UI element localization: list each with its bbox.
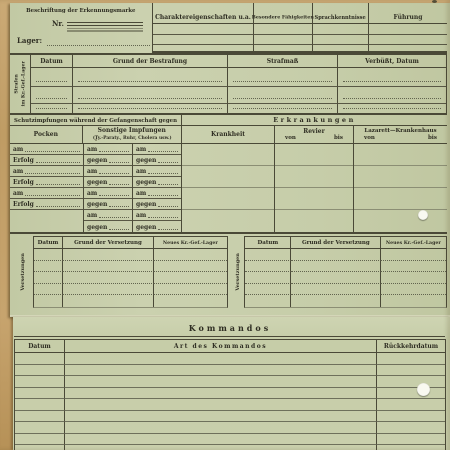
blank-cell xyxy=(369,45,447,51)
von-label: von xyxy=(285,135,296,142)
impf-cell: am xyxy=(133,144,181,155)
revier-column xyxy=(274,144,353,232)
impfungen-body: amamam Erfolggegengegen amamam Erfolggeg… xyxy=(10,144,181,232)
bis-label: bis xyxy=(428,135,437,142)
impf-cell: Erfolg xyxy=(10,177,84,188)
blank-cell xyxy=(153,24,254,35)
blank-row xyxy=(275,210,353,232)
blank-cell xyxy=(15,411,65,423)
blank-cell xyxy=(34,272,63,284)
traits-header-text: Besondere Fähigkeiten xyxy=(252,15,314,21)
traits-table: Charaktereigenschaften u.a. Besondere Fä… xyxy=(152,3,447,53)
blank-cell xyxy=(228,68,338,87)
blank-row xyxy=(182,144,274,166)
erk-col-revier: Revier vonbis xyxy=(274,126,353,143)
vers-header-lager: Neues Kr.-Gef.-Lager xyxy=(154,237,227,248)
impf-cell xyxy=(10,210,84,221)
revier-label: Revier xyxy=(303,128,325,135)
impf-cell: gegen xyxy=(84,177,133,188)
lazarett-column xyxy=(353,144,447,232)
blank-cell xyxy=(15,376,65,388)
impf-cell xyxy=(10,221,84,232)
blank-cell xyxy=(377,422,445,434)
blank-cell xyxy=(254,24,313,35)
blank-cell xyxy=(381,295,446,307)
impf-cell: Erfolg xyxy=(10,155,84,166)
blank-cell xyxy=(63,284,154,296)
versetzungen-side-label: Versetzungen xyxy=(13,236,33,308)
blank-cell xyxy=(254,45,313,51)
blank-cell xyxy=(245,295,291,307)
blank-cell xyxy=(313,35,369,45)
blank-cell xyxy=(65,411,377,423)
erk-col-lazarett: Lazarett—Krankenhaus vonbis xyxy=(353,126,447,143)
blank-row xyxy=(275,166,353,188)
blank-cell xyxy=(65,388,377,400)
lazarett-label: Lazarett—Krankenhaus xyxy=(364,128,436,135)
impfungen-title-text: Schutzimpfungen während der Gefangenscha… xyxy=(14,117,177,123)
strafen-side-label-text: Strafen im Kr.-Gef.-Lager xyxy=(13,61,27,106)
impf-cell: am xyxy=(84,144,133,155)
traits-header-charakter: Charaktereigenschaften u.a. xyxy=(153,3,254,24)
blank-cell xyxy=(228,87,338,104)
impfungen-title: Schutzimpfungen während der Gefangenscha… xyxy=(10,115,181,126)
blank-cell xyxy=(377,399,445,411)
blank-cell xyxy=(15,388,65,400)
impf-cell: am xyxy=(84,166,133,177)
blank-cell xyxy=(153,35,254,45)
blank-cell xyxy=(338,68,446,87)
blank-cell xyxy=(34,295,63,307)
blank-cell xyxy=(291,249,381,261)
impfungen-col-sonstige: Sonstige Impfungen (Ty.-Paraty., Ruhr, C… xyxy=(83,126,181,143)
blank-cell xyxy=(254,35,313,45)
vers-header-datum: Datum xyxy=(245,237,291,248)
strafen-section: Strafen im Kr.-Gef.-Lager Datum Grund de… xyxy=(10,53,447,115)
impf-cell: gegen xyxy=(84,221,133,232)
strafen-header-datum: Datum xyxy=(31,55,73,68)
traits-header-fuehrung: Führung xyxy=(369,3,447,24)
blank-row xyxy=(354,188,447,210)
von-label: von xyxy=(364,135,375,142)
strafen-header-strafmass: Strafmaß xyxy=(228,55,338,68)
punch-hole xyxy=(417,383,430,396)
strafen-table: Datum Grund der Bestrafung Strafmaß Verb… xyxy=(30,55,447,113)
impf-cell: gegen xyxy=(133,199,181,210)
blank-cell xyxy=(377,353,445,365)
impf-cell: am xyxy=(10,166,84,177)
lazarett-vonbis: vonbis xyxy=(354,135,447,142)
vers-header-grund: Grund der Versetzung xyxy=(291,237,381,248)
blank-cell xyxy=(73,68,228,87)
kommandos-header-datum: Datum xyxy=(15,340,65,352)
impf-cell: gegen xyxy=(133,221,181,232)
blank-cell xyxy=(381,272,446,284)
scanned-pow-card: Beschriftung der Erkennungsmarke Nr. Lag… xyxy=(0,0,450,450)
lager-blank-line xyxy=(47,37,150,46)
blank-cell xyxy=(65,445,377,450)
blank-cell xyxy=(245,284,291,296)
blank-cell xyxy=(15,445,65,450)
blank-cell xyxy=(381,284,446,296)
blank-row xyxy=(275,144,353,166)
erkrankungen-header: Krankheit Revier vonbis Lazarett—Kranken… xyxy=(182,126,447,144)
blank-cell xyxy=(245,249,291,261)
blank-cell xyxy=(65,399,377,411)
blank-cell xyxy=(15,399,65,411)
medical-tables: Schutzimpfungen während der Gefangenscha… xyxy=(10,115,447,234)
punch-hole xyxy=(418,210,428,220)
id-section-title-text: Beschriftung der Erkennungsmarke xyxy=(26,7,135,13)
impf-cell: am xyxy=(84,188,133,199)
blank-cell xyxy=(73,104,228,113)
blank-cell xyxy=(338,87,446,104)
blank-row xyxy=(182,166,274,188)
versetzungen-body xyxy=(245,249,446,307)
versetzungen-side-label-text: Versetzungen xyxy=(20,253,25,291)
krankheit-column xyxy=(182,144,274,232)
blank-cell xyxy=(73,87,228,104)
nr-label: Nr. xyxy=(52,19,64,28)
erkrankungen-table: Erkrankungen Krankheit Revier vonbis Laz… xyxy=(182,115,447,232)
impf-cell: gegen xyxy=(133,155,181,166)
blank-cell xyxy=(381,249,446,261)
erkrankungen-title: Erkrankungen xyxy=(182,115,447,126)
revier-vonbis: vonbis xyxy=(275,135,353,142)
strafen-header-grund: Grund der Bestrafung xyxy=(73,55,228,68)
double-rule xyxy=(14,336,445,337)
blank-cell xyxy=(291,295,381,307)
vers-header-lager-text: Neues Kr.-Gef.-Lager xyxy=(386,240,441,245)
blank-row xyxy=(182,210,274,232)
kommandos-header-art: Art des Kommandos xyxy=(65,340,377,352)
strafen-side-label: Strafen im Kr.-Gef.-Lager xyxy=(10,55,30,113)
blank-cell xyxy=(15,434,65,446)
blank-row xyxy=(182,188,274,210)
versetzungen-table: Datum Grund der Versetzung Neues Kr.-Gef… xyxy=(33,236,228,308)
blank-cell xyxy=(377,365,445,377)
versetzungen-table-right: Versetzungen Datum Grund der Versetzung … xyxy=(232,236,447,308)
versetzungen-body xyxy=(34,249,227,307)
blank-cell xyxy=(377,376,445,388)
traits-header-faehigkeiten: Besondere Fähigkeiten xyxy=(254,3,313,24)
strafen-header-verbuesst: Verbüßt, Datum xyxy=(338,55,446,68)
blank-cell xyxy=(65,376,377,388)
blank-cell xyxy=(154,261,227,273)
blank-cell xyxy=(34,261,63,273)
kommandos-title: Kommandos xyxy=(13,323,447,333)
traits-header-text: Sprachkenntnisse xyxy=(315,15,366,21)
blank-cell xyxy=(377,411,445,423)
impfungen-col-pocken: Pocken xyxy=(10,126,83,143)
blank-cell xyxy=(31,87,73,104)
impf-cell: am xyxy=(10,144,84,155)
impf-cell: am xyxy=(133,188,181,199)
vers-header-grund: Grund der Versetzung xyxy=(63,237,154,248)
blank-cell xyxy=(291,261,381,273)
blank-cell xyxy=(63,272,154,284)
bis-label: bis xyxy=(334,135,343,142)
impfungen-subheader: Pocken Sonstige Impfungen (Ty.-Paraty., … xyxy=(10,126,181,144)
blank-cell xyxy=(34,284,63,296)
blank-cell xyxy=(34,249,63,261)
blank-cell xyxy=(65,422,377,434)
vers-header-datum: Datum xyxy=(34,237,63,248)
impf-cell: gegen xyxy=(133,177,181,188)
blank-cell xyxy=(245,261,291,273)
blank-cell xyxy=(65,353,377,365)
blank-row xyxy=(354,210,447,232)
traits-header-text: Charaktereigenschaften u.a. xyxy=(155,14,251,21)
paper-speck xyxy=(432,0,437,3)
blank-cell xyxy=(63,261,154,273)
blank-cell xyxy=(15,422,65,434)
blank-cell xyxy=(154,284,227,296)
sonstige-label: Sonstige Impfungen xyxy=(98,128,166,135)
nr-blank-lines xyxy=(67,22,143,33)
paper-speck xyxy=(95,139,97,141)
versetzungen-side-label-text: Versetzungen xyxy=(235,253,240,291)
kommandos-table: Datum Art des Kommandos Rückkehrdatum xyxy=(14,339,446,450)
blank-cell xyxy=(153,45,254,51)
blank-cell xyxy=(291,272,381,284)
blank-row xyxy=(354,144,447,166)
traits-header-text: Führung xyxy=(394,14,423,21)
blank-cell xyxy=(313,24,369,35)
versetzungen-table: Datum Grund der Versetzung Neues Kr.-Gef… xyxy=(244,236,447,308)
id-section-title: Beschriftung der Erkennungsmarke xyxy=(10,7,152,14)
blank-cell xyxy=(15,353,65,365)
blank-cell xyxy=(15,365,65,377)
impf-cell: gegen xyxy=(84,199,133,210)
blank-cell xyxy=(228,104,338,113)
blank-row xyxy=(354,166,447,188)
blank-cell xyxy=(377,434,445,446)
impf-cell: am xyxy=(84,210,133,221)
blank-row xyxy=(275,188,353,210)
impf-cell: am xyxy=(133,210,181,221)
personalkarte-back: Beschriftung der Erkennungsmarke Nr. Lag… xyxy=(10,3,450,317)
blank-cell xyxy=(245,272,291,284)
blank-cell xyxy=(291,284,381,296)
vers-header-lager-text: Neues Kr.-Gef.-Lager xyxy=(163,240,218,245)
impf-cell: am xyxy=(10,188,84,199)
blank-cell xyxy=(65,434,377,446)
kommandos-card: Kommandos Datum Art des Kommandos Rückke… xyxy=(13,317,450,450)
blank-cell xyxy=(154,249,227,261)
kommandos-header: Datum Art des Kommandos Rückkehrdatum xyxy=(15,340,445,353)
impf-cell: am xyxy=(133,166,181,177)
versetzungen-table-left: Versetzungen Datum Grund der Versetzung … xyxy=(13,236,228,308)
impf-cell: Erfolg xyxy=(10,199,84,210)
versetzungen-header: Datum Grund der Versetzung Neues Kr.-Gef… xyxy=(34,237,227,249)
blank-cell xyxy=(63,249,154,261)
vers-header-lager: Neues Kr.-Gef.-Lager xyxy=(381,237,446,248)
versetzungen-header: Datum Grund der Versetzung Neues Kr.-Gef… xyxy=(245,237,446,249)
erk-col-krankheit: Krankheit xyxy=(182,126,274,143)
blank-cell xyxy=(154,272,227,284)
kommandos-header-rueckkehr: Rückkehrdatum xyxy=(377,340,445,352)
blank-cell xyxy=(369,24,447,35)
impf-cell: gegen xyxy=(84,155,133,166)
traits-header-sprachen: Sprachkenntnisse xyxy=(313,3,369,24)
blank-cell xyxy=(63,295,154,307)
blank-cell xyxy=(154,295,227,307)
blank-cell xyxy=(381,261,446,273)
blank-cell xyxy=(31,104,73,113)
erkrankungen-body xyxy=(182,144,447,232)
blank-cell xyxy=(369,35,447,45)
impfungen-table: Schutzimpfungen während der Gefangenscha… xyxy=(10,115,182,232)
blank-cell xyxy=(65,365,377,377)
blank-cell xyxy=(377,388,445,400)
kommandos-body xyxy=(15,353,445,450)
blank-cell xyxy=(313,45,369,51)
blank-cell xyxy=(338,104,446,113)
lager-label: Lager: xyxy=(17,36,42,45)
blank-cell xyxy=(31,68,73,87)
blank-cell xyxy=(377,445,445,450)
sonstige-sublabel: (Ty.-Paraty., Ruhr, Cholera usw.) xyxy=(92,135,171,140)
versetzungen-side-label: Versetzungen xyxy=(232,236,244,308)
